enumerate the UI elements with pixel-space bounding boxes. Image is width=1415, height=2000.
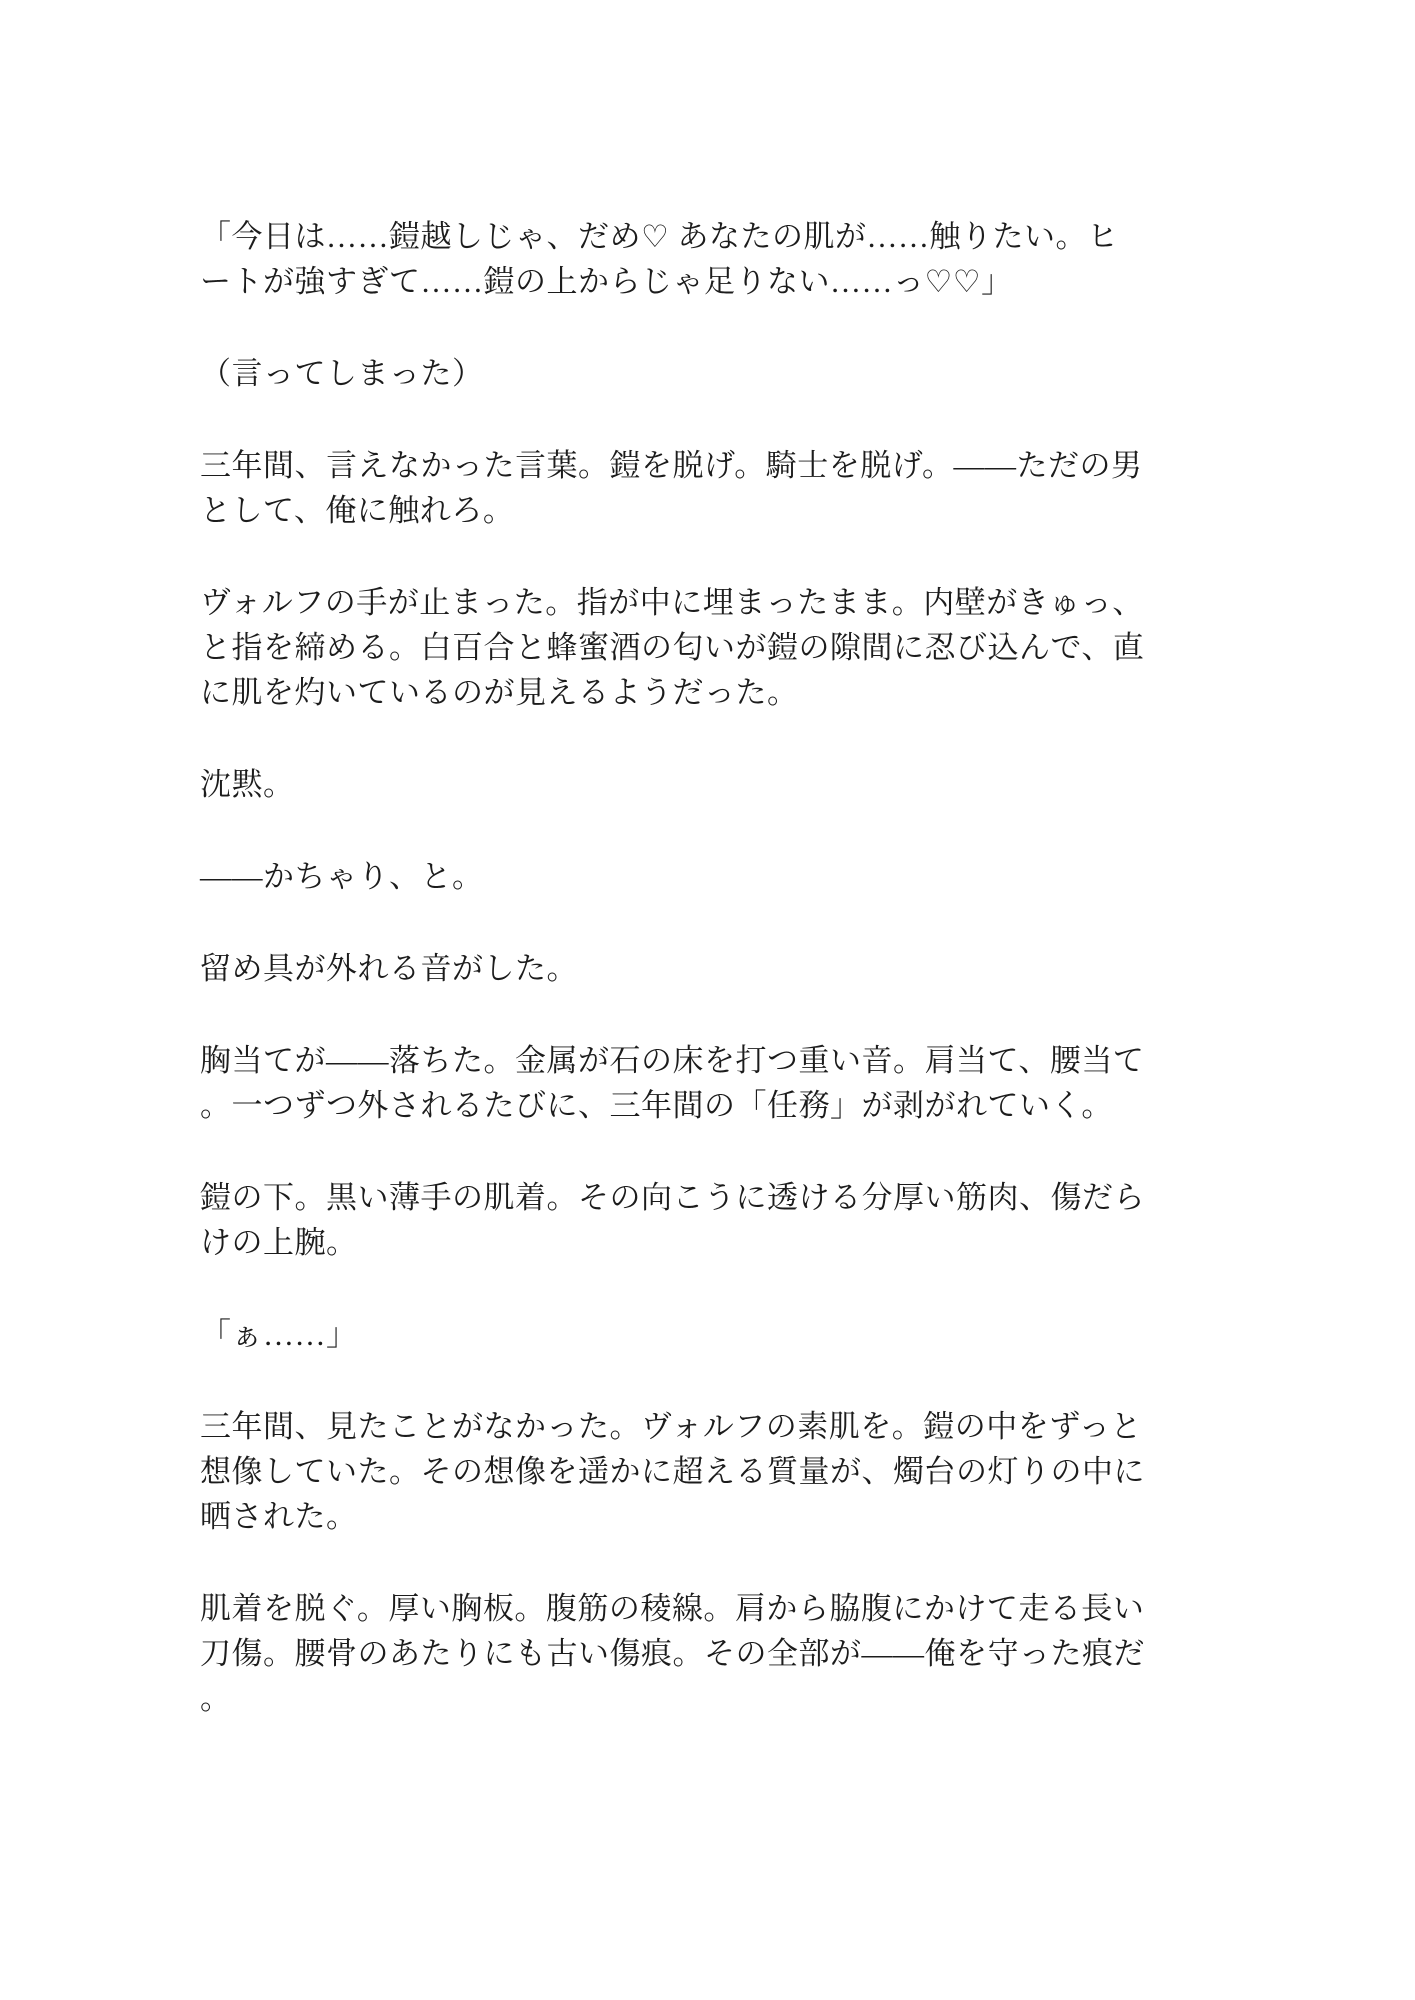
paragraph: 留め具が外れる音がした。 <box>200 946 1200 991</box>
text-line: 「ぁ……」 <box>200 1312 1200 1357</box>
text-line: 沈黙。 <box>200 762 1200 807</box>
text-line: 。一つずつ外されるたびに、三年間の「任務」が剥がれていく。 <box>200 1083 1200 1128</box>
text-line: 胸当てが——落ちた。金属が石の床を打つ重い音。肩当て、腰当て <box>200 1038 1200 1083</box>
text-line: 「今日は……鎧越しじゃ、だめ♡ あなたの肌が……触りたい。ヒ <box>200 214 1200 259</box>
text-line: 留め具が外れる音がした。 <box>200 946 1200 991</box>
story-text: 「今日は……鎧越しじゃ、だめ♡ あなたの肌が……触りたい。ヒートが強すぎて……鎧… <box>200 214 1200 1768</box>
text-line: に肌を灼いているのが見えるようだった。 <box>200 670 1200 715</box>
text-line: 想像していた。その想像を遥かに超える質量が、燭台の灯りの中に <box>200 1449 1200 1494</box>
paragraph: 鎧の下。黒い薄手の肌着。その向こうに透ける分厚い筋肉、傷だらけの上腕。 <box>200 1175 1200 1265</box>
paragraph: 「ぁ……」 <box>200 1312 1200 1357</box>
paragraph: 「今日は……鎧越しじゃ、だめ♡ あなたの肌が……触りたい。ヒートが強すぎて……鎧… <box>200 214 1200 304</box>
document-page: 「今日は……鎧越しじゃ、だめ♡ あなたの肌が……触りたい。ヒートが強すぎて……鎧… <box>0 0 1415 2000</box>
text-line: として、俺に触れろ。 <box>200 488 1200 533</box>
paragraph: 沈黙。 <box>200 762 1200 807</box>
text-line: 。 <box>200 1676 1200 1721</box>
text-line: ——かちゃり、と。 <box>200 854 1200 899</box>
text-line: と指を締める。白百合と蜂蜜酒の匂いが鎧の隙間に忍び込んで、直 <box>200 625 1200 670</box>
paragraph: ——かちゃり、と。 <box>200 854 1200 899</box>
text-line: 三年間、見たことがなかった。ヴォルフの素肌を。鎧の中をずっと <box>200 1404 1200 1449</box>
text-line: ヴォルフの手が止まった。指が中に埋まったまま。内壁がきゅっ、 <box>200 580 1200 625</box>
paragraph: 三年間、言えなかった言葉。鎧を脱げ。騎士を脱げ。——ただの男として、俺に触れろ。 <box>200 443 1200 533</box>
text-line: 三年間、言えなかった言葉。鎧を脱げ。騎士を脱げ。——ただの男 <box>200 443 1200 488</box>
paragraph: 肌着を脱ぐ。厚い胸板。腹筋の稜線。肩から脇腹にかけて走る長い刀傷。腰骨のあたりに… <box>200 1586 1200 1721</box>
paragraph: 三年間、見たことがなかった。ヴォルフの素肌を。鎧の中をずっと想像していた。その想… <box>200 1404 1200 1539</box>
text-line: 肌着を脱ぐ。厚い胸板。腹筋の稜線。肩から脇腹にかけて走る長い <box>200 1586 1200 1631</box>
text-line: ートが強すぎて……鎧の上からじゃ足りない……っ♡♡」 <box>200 259 1200 304</box>
paragraph: 胸当てが——落ちた。金属が石の床を打つ重い音。肩当て、腰当て。一つずつ外されるた… <box>200 1038 1200 1128</box>
paragraph: ヴォルフの手が止まった。指が中に埋まったまま。内壁がきゅっ、と指を締める。白百合… <box>200 580 1200 715</box>
text-line: （言ってしまった） <box>200 351 1200 396</box>
text-line: 鎧の下。黒い薄手の肌着。その向こうに透ける分厚い筋肉、傷だら <box>200 1175 1200 1220</box>
text-line: 刀傷。腰骨のあたりにも古い傷痕。その全部が——俺を守った痕だ <box>200 1631 1200 1676</box>
text-line: けの上腕。 <box>200 1220 1200 1265</box>
paragraph: （言ってしまった） <box>200 351 1200 396</box>
text-line: 晒された。 <box>200 1494 1200 1539</box>
